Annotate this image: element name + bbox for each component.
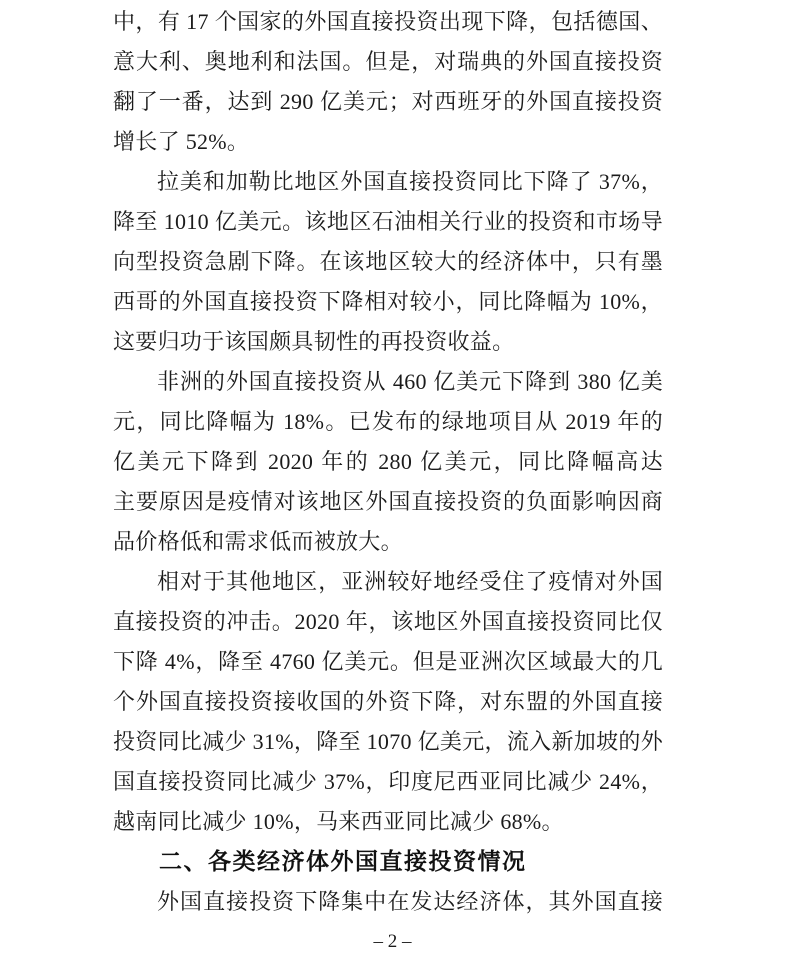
text-line: 直接投资的冲击。2020 年，该地区外国直接投资同比仅 (113, 602, 663, 642)
text-line: 降至 1010 亿美元。该地区石油相关行业的投资和市场导 (113, 202, 663, 242)
text-line: 个外国直接投资接收国的外资下降，对东盟的外国直接 (113, 682, 663, 722)
text-line: 国直接投资同比减少 37%，印度尼西亚同比减少 24%， (113, 762, 663, 802)
paragraph: 拉美和加勒比地区外国直接投资同比下降了 37%，降至 1010 亿美元。该地区石… (113, 162, 663, 362)
text-line: 这要归功于该国颇具韧性的再投资收益。 (113, 322, 663, 362)
paragraph: 中，有 17 个国家的外国直接投资出现下降，包括德国、意大利、奥地利和法国。但是… (113, 2, 663, 162)
text-line: 西哥的外国直接投资下降相对较小，同比降幅为 10%， (113, 282, 663, 322)
text-line: 亿美元下降到 2020 年的 280 亿美元，同比降幅高达 63%。 (113, 442, 663, 482)
paragraph: 相对于其他地区，亚洲较好地经受住了疫情对外国直接投资的冲击。2020 年，该地区… (113, 562, 663, 842)
text-line: 增长了 52%。 (113, 122, 663, 162)
text-line: 投资同比减少 31%，降至 1070 亿美元，流入新加坡的外 (113, 722, 663, 762)
document-page: 中，有 17 个国家的外国直接投资出现下降，包括德国、意大利、奥地利和法国。但是… (0, 0, 785, 968)
text-line: 意大利、奥地利和法国。但是，对瑞典的外国直接投资 (113, 42, 663, 82)
text-line: 拉美和加勒比地区外国直接投资同比下降了 37%， (113, 162, 663, 202)
text-line: 向型投资急剧下降。在该地区较大的经济体中，只有墨 (113, 242, 663, 282)
text-line: 品价格低和需求低而被放大。 (113, 522, 663, 562)
paragraph: 非洲的外国直接投资从 460 亿美元下降到 380 亿美元，同比降幅为 18%。… (113, 362, 663, 562)
text-line: 下降 4%，降至 4760 亿美元。但是亚洲次区域最大的几 (113, 642, 663, 682)
text-line: 外国直接投资下降集中在发达经济体，其外国直接 (113, 882, 663, 922)
text-line: 相对于其他地区，亚洲较好地经受住了疫情对外国 (113, 562, 663, 602)
document-body: 中，有 17 个国家的外国直接投资出现下降，包括德国、意大利、奥地利和法国。但是… (0, 0, 785, 922)
text-line: 翻了一番，达到 290 亿美元；对西班牙的外国直接投资 (113, 82, 663, 122)
text-line: 非洲的外国直接投资从 460 亿美元下降到 380 亿美 (113, 362, 663, 402)
page-number: – 2 – (374, 931, 412, 952)
text-line: 元，同比降幅为 18%。已发布的绿地项目从 2019 年的 770 (113, 402, 663, 442)
paragraph: 外国直接投资下降集中在发达经济体，其外国直接 (113, 882, 663, 922)
text-line: 中，有 17 个国家的外国直接投资出现下降，包括德国、 (113, 2, 663, 42)
page-footer: – 2 – (0, 922, 785, 962)
text-line: 主要原因是疫情对该地区外国直接投资的负面影响因商 (113, 482, 663, 522)
text-line: 越南同比减少 10%，马来西亚同比减少 68%。 (113, 802, 663, 842)
section-heading: 二、各类经济体外国直接投资情况 (113, 842, 663, 882)
